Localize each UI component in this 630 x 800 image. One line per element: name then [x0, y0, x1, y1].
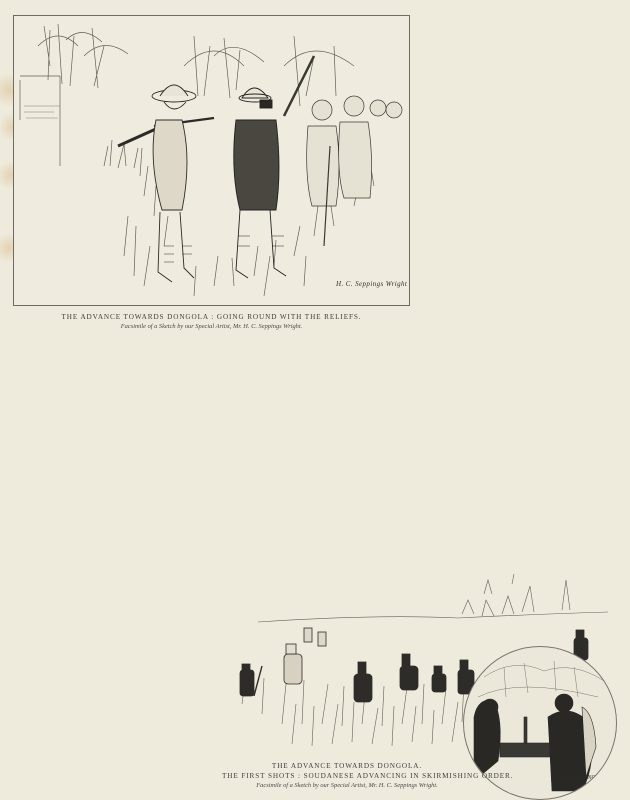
caption-credit: Facsimile of a Sketch by our Special Art…: [13, 322, 410, 332]
illustration-going-round-with-reliefs: H. C. Seppings Wright: [13, 15, 410, 306]
caption-top: THE ADVANCE TOWARDS DONGOLA : GOING ROUN…: [13, 312, 410, 332]
artist-signature: H. C. Seppings Wright: [336, 280, 407, 288]
caption-title-line2: THE FIRST SHOTS : SOUDANESE ADVANCING IN…: [222, 771, 472, 781]
caption-title-line1: THE ADVANCE TOWARDS DONGOLA.: [222, 761, 472, 771]
caption-bottom: THE ADVANCE TOWARDS DONGOLA. THE FIRST S…: [222, 761, 472, 791]
caption-credit: Facsimile of a Sketch by our Special Art…: [222, 781, 472, 791]
engraving-officers-in-grass: [14, 16, 410, 306]
caption-title: THE ADVANCE TOWARDS DONGOLA : GOING ROUN…: [13, 312, 410, 322]
